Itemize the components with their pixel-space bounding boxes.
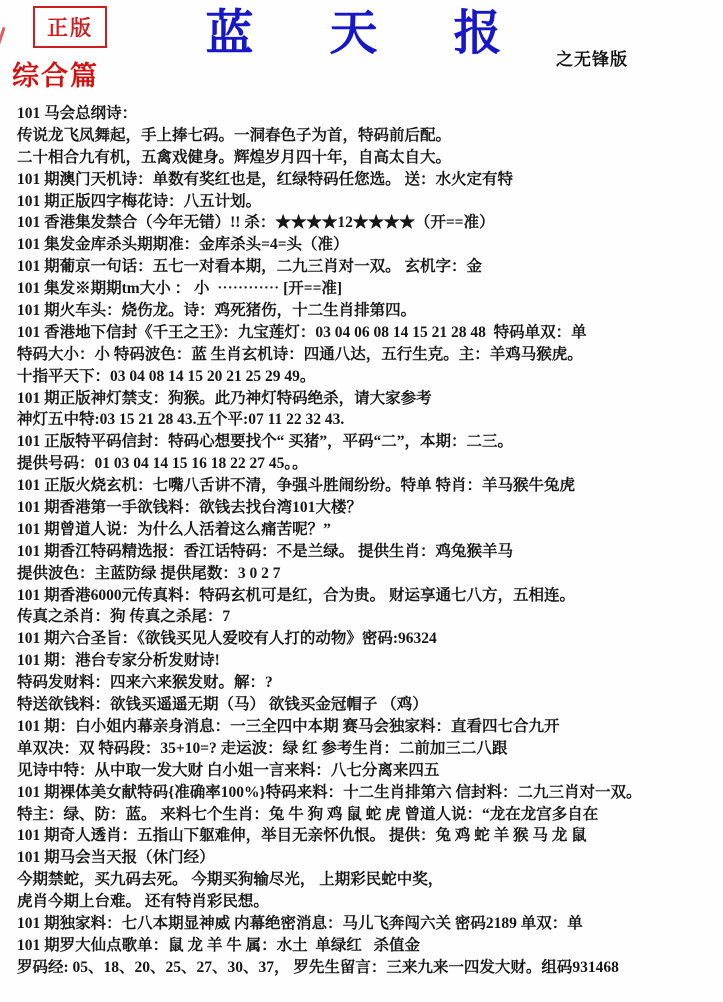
- report-line: 二十相合九有机，五禽戏健身。辉煌岁月四十年，自高太自大。: [17, 147, 721, 169]
- report-line: 提供号码：01 03 04 14 15 16 18 22 27 45。。: [17, 453, 721, 475]
- report-line: 101 期正版神灯禁支：狗猴。此乃神灯特码绝杀，请大家参考: [17, 388, 721, 410]
- report-line: 101 期火车头：烧伤龙。诗：鸡死猪伤，十二生肖排第四。: [17, 300, 721, 322]
- report-line: 特主：绿、防：蓝。 来料七个生肖：兔 牛 狗 鸡 鼠 蛇 虎 曾道人说：“龙在龙…: [17, 804, 721, 826]
- report-line: 101 期：白小姐内幕亲身消息：一三全四中本期 赛马会独家料：直看四七合九开: [17, 716, 721, 738]
- report-line: 101 期香港第一手欲钱料：欲钱去找台湾101大楼？: [17, 497, 721, 519]
- report-line: 传说龙飞凤舞起，手上捧七码。一洞春色子为首，特码前后配。: [17, 125, 721, 147]
- report-line: 神灯五中特:03 15 21 28 43.五个平:07 11 22 32 43.: [17, 409, 721, 431]
- report-line: 101 期马会当天报（休门经）: [17, 847, 721, 869]
- report-line: 101 期独家料：七八本期显神威 内幕绝密消息：马儿飞奔闯六关 密码2189 单…: [17, 913, 721, 935]
- report-line: 101 期香港6000元传真料：特码玄机可是红，合为贵。 财运享通七八方，五相连…: [17, 585, 721, 607]
- report-line: 101 期香江特码精选报：香江话特码：不是兰绿。 提供生肖：鸡兔猴羊马: [17, 541, 721, 563]
- report-line: 特码发财料：四来六来猴发财。解：?: [17, 672, 721, 694]
- section-heading: 综合篇: [12, 54, 99, 93]
- report-line: 见诗中特：从中取一发大财 白小姐一言来料：八七分离来四五: [17, 760, 721, 782]
- report-line: 101 正版特平码信封：特码心想要找个“ 买猪”，平码“二”，本期：二三。: [17, 431, 721, 453]
- report-line: 101 期六合圣旨：《欲钱买见人爱咬有人打的动物》密码:96324: [17, 628, 721, 650]
- report-line: 特码大小：小 特码波色：蓝 生肖玄机诗：四通八达，五行生克。主：羊鸡马猴虎。: [17, 344, 721, 366]
- report-line: 101 期正版四字梅花诗：八五计划。: [17, 191, 721, 213]
- report-line: 今期禁蛇，买九码去死。 今期买狗输尽光， 上期彩民蛇中奖，: [17, 869, 721, 891]
- report-line: 提供波色：主蓝防绿 提供尾数：3 0 2 7: [17, 563, 721, 585]
- report-line: 101 期：港台专家分析发财诗!: [17, 650, 721, 672]
- report-line: 罗码经: 05、18、20、25、27、30、37， 罗先生留言：三来九来一四发…: [17, 957, 721, 979]
- report-line: 101 期曾道人说：为什么人活着这么痛苦呢？”: [17, 519, 721, 541]
- report-line: 特送欲钱料：欲钱买遥遥无期（马） 欲钱买金冠帽子 （鸡）: [17, 694, 721, 716]
- lottery-tip-sheet: 正版 蓝 天 报 之无锋版 综合篇 101 马会总纲诗：传说龙飞凤舞起，手上捧七…: [0, 0, 723, 1002]
- report-lines: 101 马会总纲诗：传说龙飞凤舞起，手上捧七码。一洞春色子为首，特码前后配。二十…: [17, 103, 721, 979]
- report-line: 101 期澳门天机诗：单数有奖红也是，红绿特码任您选。 送：水火定有特: [17, 169, 721, 191]
- edition-label: 之无锋版: [556, 45, 628, 70]
- report-line: 101 期葡京一句话：五七一对看本期，二九三肖对一双。 玄机字：金: [17, 256, 721, 278]
- report-line: 101 马会总纲诗：: [17, 103, 721, 125]
- report-line: 101 集发金库杀头期期准：金库杀头=4=头（准）: [17, 234, 721, 256]
- report-line: 101 正版火烧玄机：七嘴八舌讲不清，争强斗胜闹纷纷。特单 特肖：羊马猴牛兔虎: [17, 475, 721, 497]
- report-line: 101 期裸体美女献特码{准确率100%}特码来料：十二生肖排第六 信封料：二九…: [17, 782, 721, 804]
- report-line: 单双决：双 特码段：35+10=? 走运波：绿 红 参考生肖：二前加三二八跟: [17, 738, 721, 760]
- report-line: 101 期罗大仙点歌单：鼠 龙 羊 牛 属：水土 单绿红 杀值金: [17, 935, 721, 957]
- report-line: 101 香港集发禁合（今年无错）!! 杀：★★★★12★★★★（开==准）: [17, 212, 721, 234]
- report-line: 虎肖今期上台难。 还有特肖彩民想。: [17, 891, 721, 913]
- report-line: 十指平天下：03 04 08 14 15 20 21 25 29 49。: [17, 366, 721, 388]
- report-line: 101 集发※期期tm大小 ： 小 ⋯⋯⋯⋯ [开==准]: [17, 278, 721, 300]
- report-line: 101 香港地下信封《千王之王》：九宝莲灯：03 04 06 08 14 15 …: [17, 322, 721, 344]
- report-line: 101 期奇人透肖：五指山下躯难伸，举目无亲怀仇恨。 提供：兔 鸡 蛇 羊 猴 …: [17, 825, 721, 847]
- report-line: 传真之杀肖：狗 传真之杀尾：7: [17, 606, 721, 628]
